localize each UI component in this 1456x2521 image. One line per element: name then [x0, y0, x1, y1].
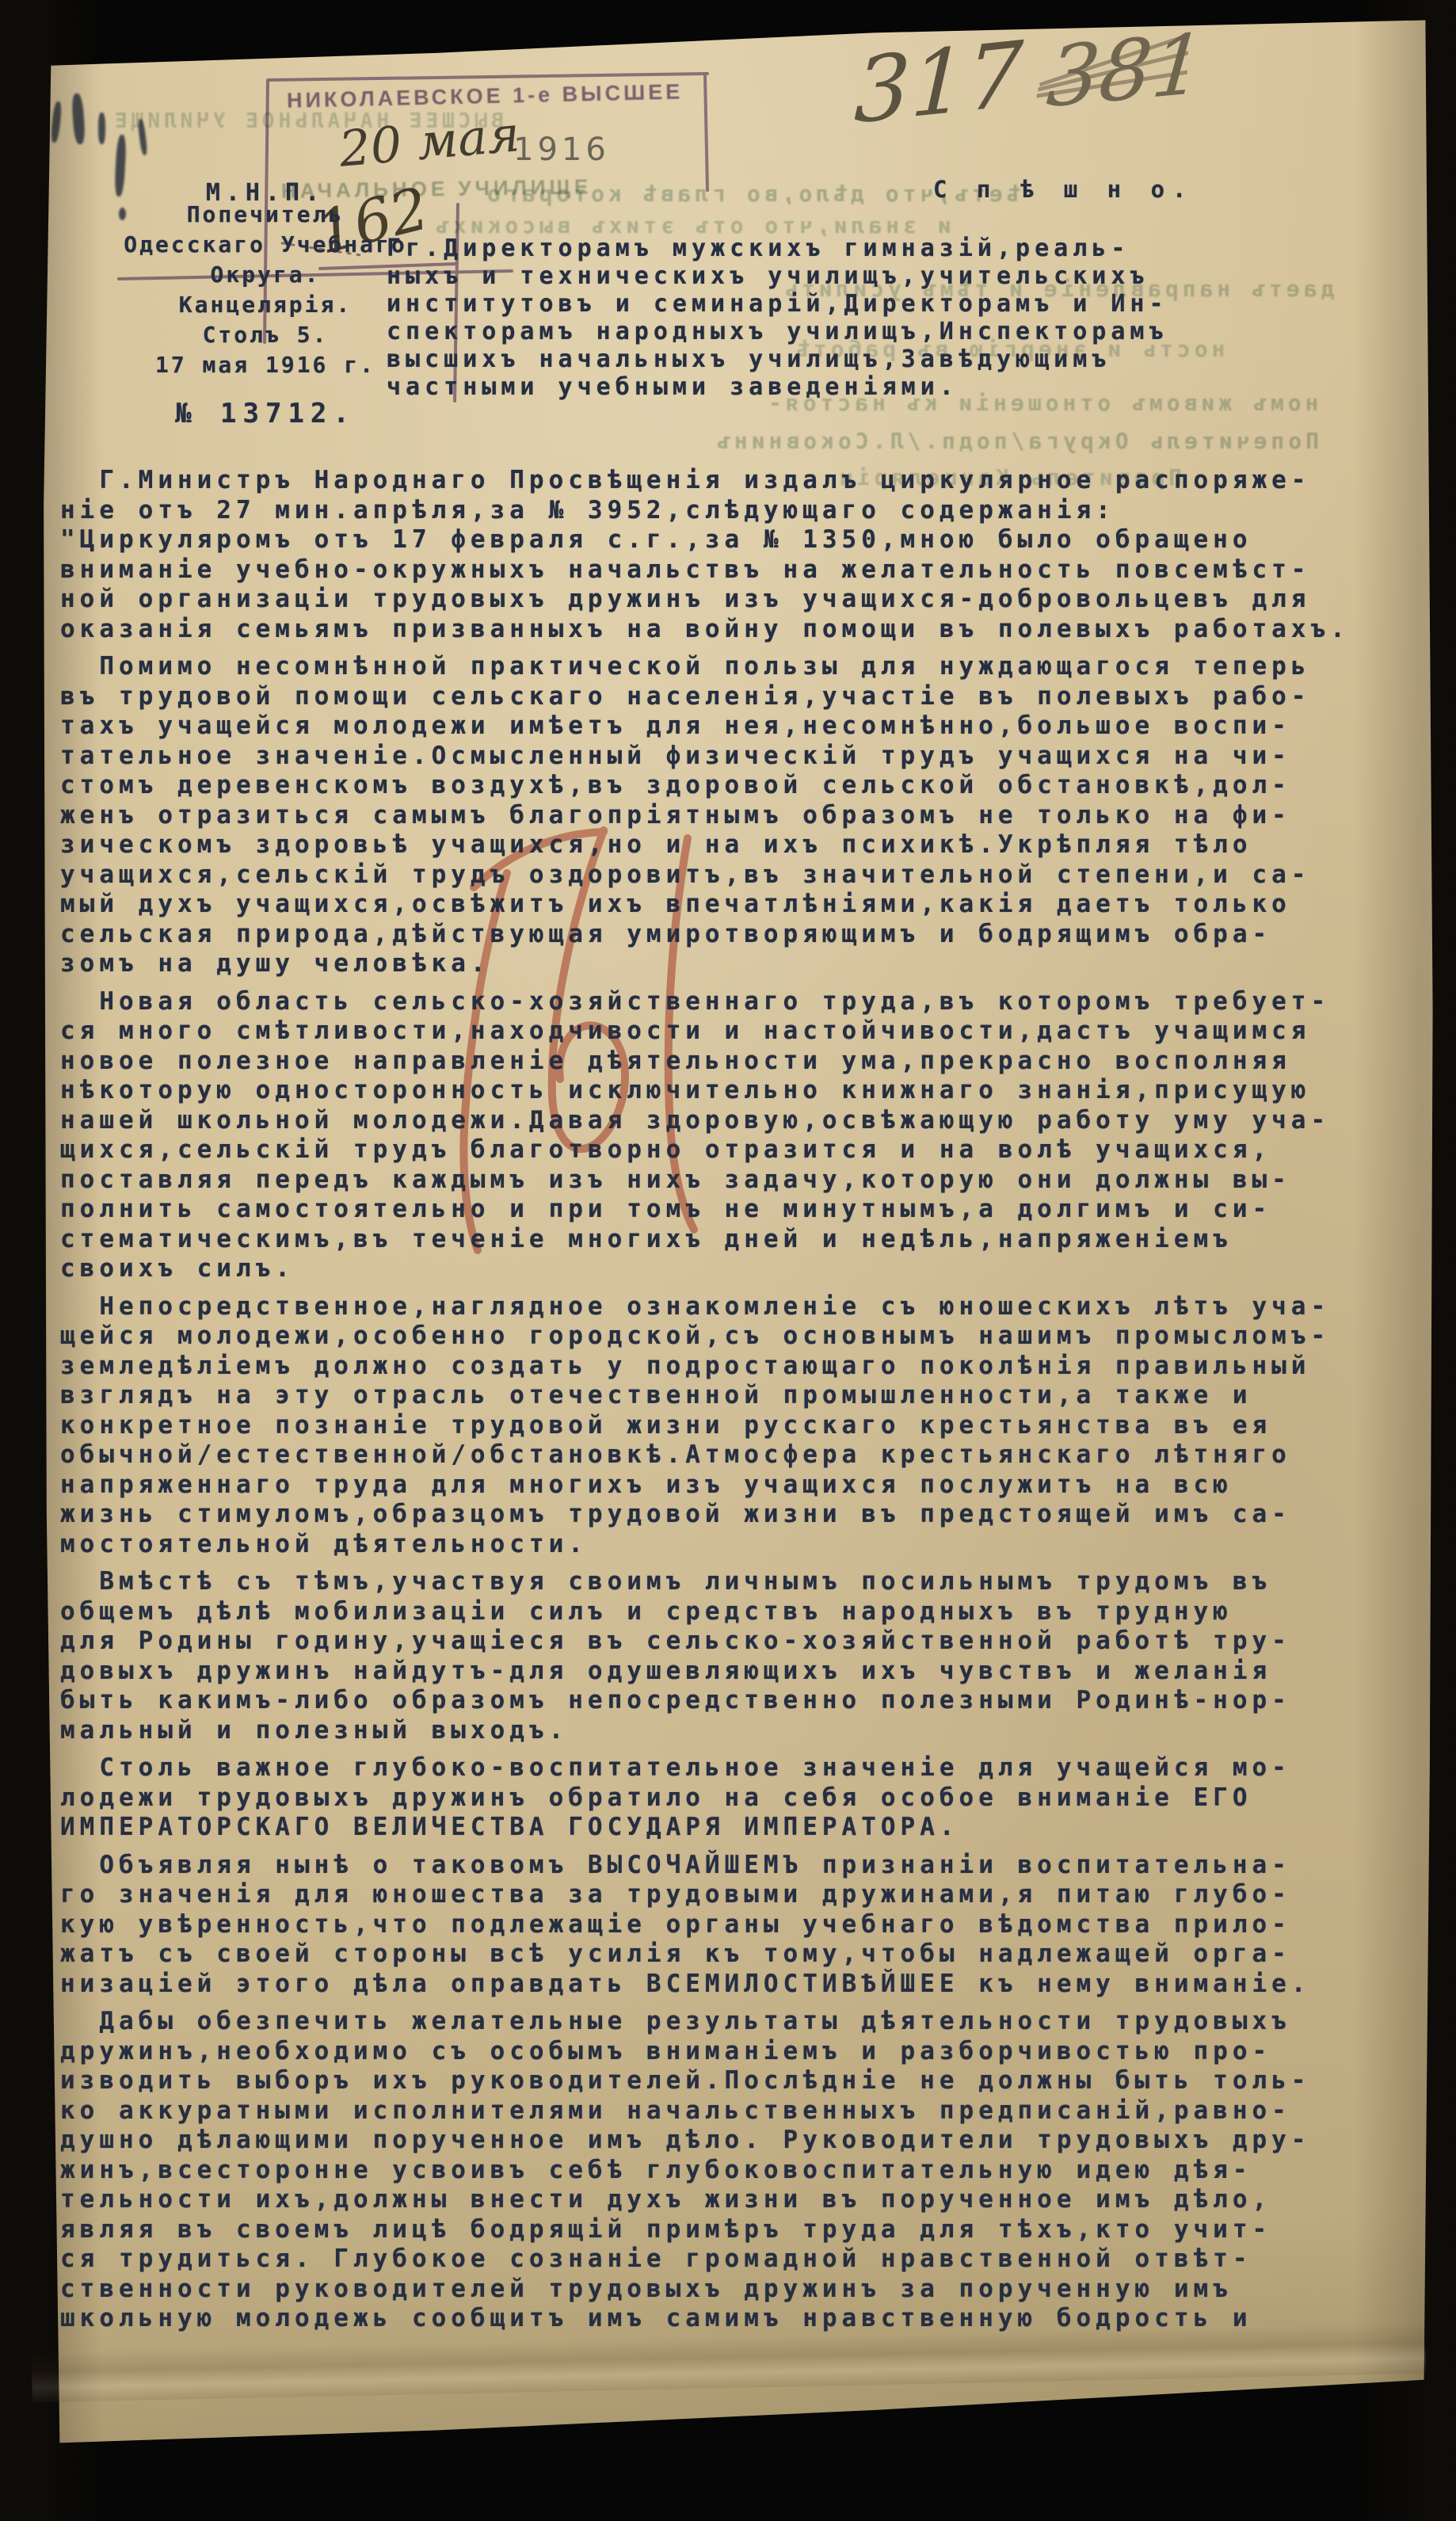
letter-body: Г.Министръ Народнаго Просвѣщенія издалъ …: [60, 466, 1385, 2342]
sender-office-block: Попечитель Одесскаго Учебнаго Округа. Ка…: [111, 200, 420, 380]
urgency-note: С п ѣ ш н о.: [933, 176, 1195, 203]
body-paragraph: Непосредственное,наглядное ознакомленіе …: [60, 1292, 1385, 1560]
pencil-number: 317: [852, 22, 1024, 144]
bleedthrough-fragment: Попечитель Округа/подп./Л.Соковнинъ: [713, 428, 1319, 454]
addressee-block: Гг.Директорамъ мужскихъ гимназій,реаль- …: [387, 235, 1321, 401]
body-paragraph: Новая область сельско-хозяйственнаго тру…: [60, 987, 1385, 1284]
body-paragraph: Объявляя нынѣ о таковомъ ВЫСОЧАЙШЕМЪ при…: [60, 1851, 1385, 2000]
body-paragraph: Помимо несомнѣнной практической пользы д…: [60, 652, 1385, 979]
pencil-number-crossed: 381: [1043, 15, 1209, 127]
body-paragraph: Дабы обезпечить желательные результаты д…: [60, 2007, 1385, 2334]
body-paragraph: Г.Министръ Народнаго Просвѣщенія издалъ …: [60, 466, 1385, 644]
document-number: № 13712.: [111, 398, 420, 429]
stamp-year: 1916: [513, 132, 610, 168]
body-paragraph: Вмѣстѣ съ тѣмъ,участвуя своимъ личнымъ п…: [60, 1567, 1385, 1745]
scanned-page: ВЫСШЕЕ НАЧАЛЬНОЕ УЧИЛИЩЕѣетъ,что дѣло,во…: [0, 0, 1456, 2521]
body-paragraph: Столь важное глубоко-воспитательное знач…: [60, 1753, 1385, 1843]
